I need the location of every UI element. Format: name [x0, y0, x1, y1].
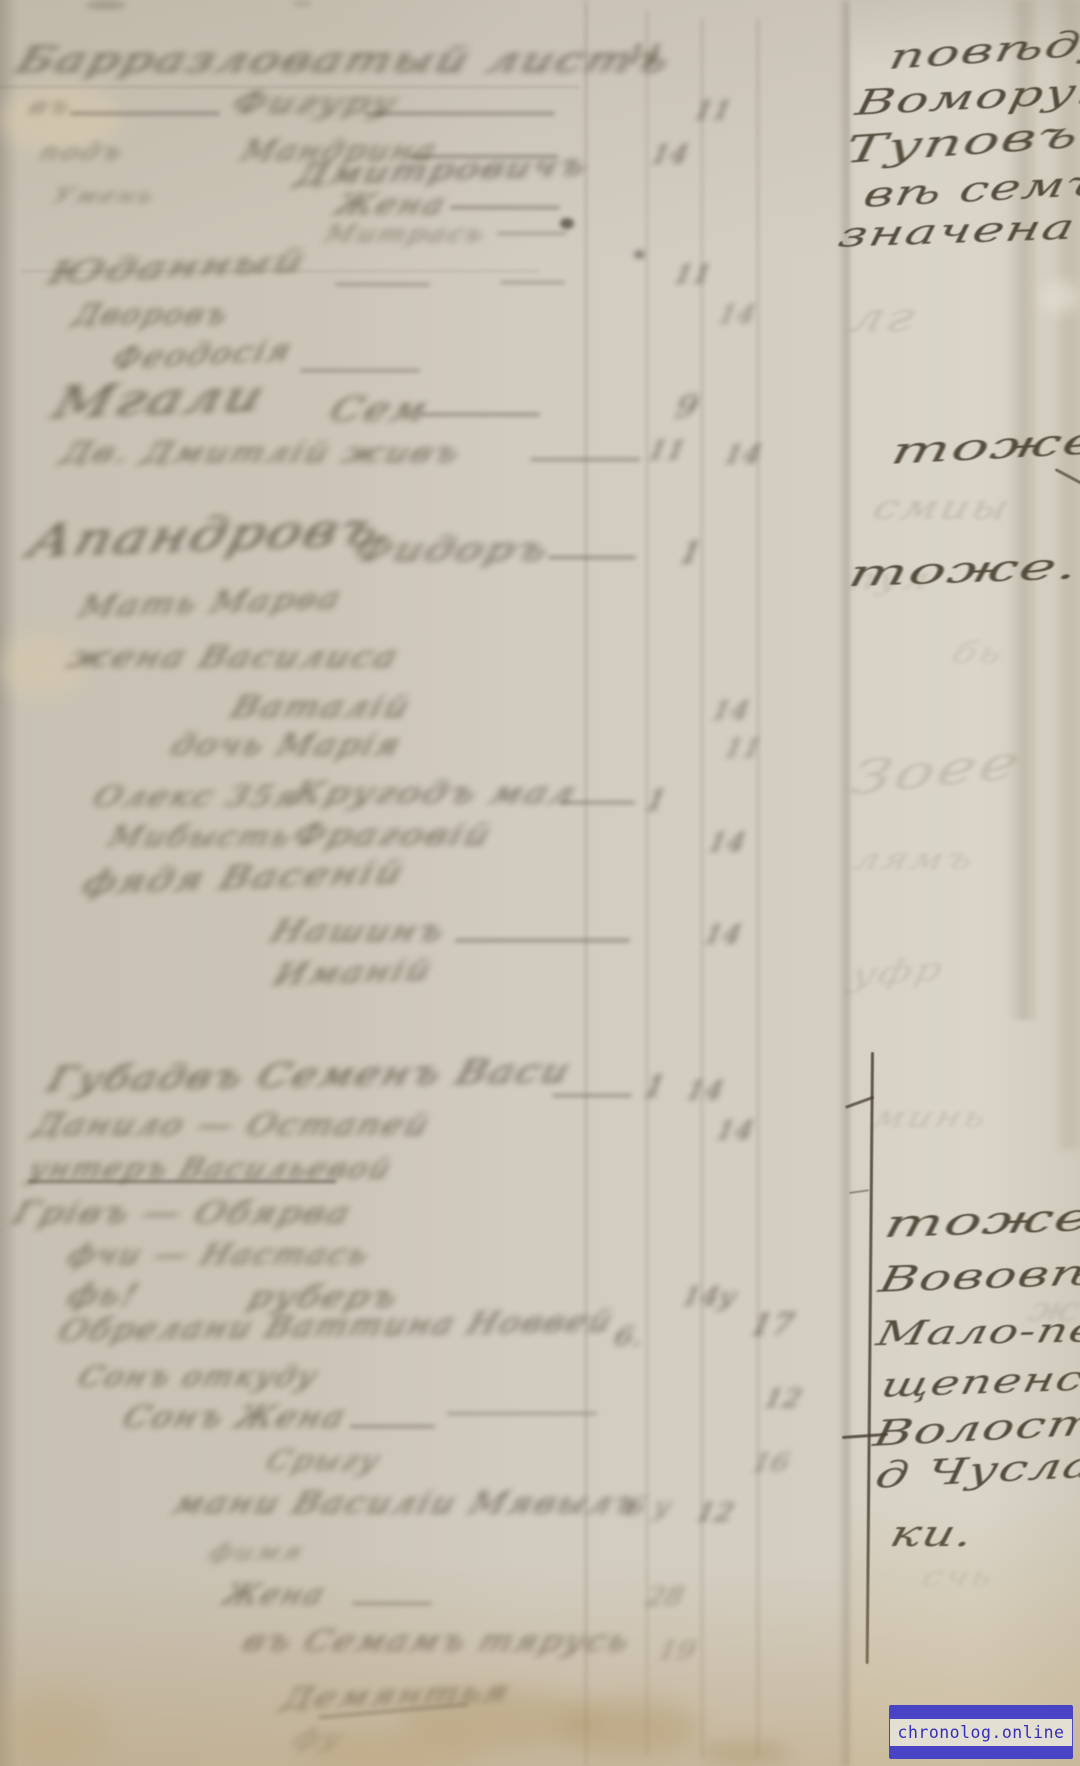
watermark-text: chronolog.online — [898, 1723, 1065, 1742]
figure-entry: 14 — [714, 1116, 757, 1146]
figure-entry: 14 — [649, 140, 692, 170]
figure-entry: 11 — [722, 734, 765, 764]
bleedthrough-mark: лг — [845, 295, 923, 341]
handwriting-line: Мибысть — [104, 820, 297, 853]
handwriting-line: Иманій — [270, 953, 437, 993]
margin-note: Мало-пере — [873, 1309, 1080, 1354]
document-scan: лгсмиыпулЗоеелямъбьуфрминьсчьжБарразлова… — [0, 0, 1080, 1766]
left-edge-shadow — [0, 0, 18, 1766]
stain — [1040, 280, 1080, 314]
figure-entry: 11 — [692, 96, 735, 126]
ink-stroke — [548, 556, 636, 559]
stain — [86, 0, 126, 10]
margin-note: значена — [834, 208, 1079, 256]
handwriting-line: Фигуру — [229, 86, 403, 121]
figure-entry: 14 — [684, 1076, 727, 1106]
ink-stroke — [530, 458, 640, 461]
handwriting-line: мани Василіи Мявылъ — [169, 1486, 646, 1521]
handwriting-line: Грівъ — Обярва — [9, 1196, 357, 1231]
figure-entry: 14 — [710, 696, 753, 726]
handwriting-line: дочь Марія — [167, 728, 407, 763]
ink-stroke — [455, 939, 630, 942]
ink-stroke — [70, 112, 220, 115]
figure-entry: 12 — [694, 1498, 737, 1528]
figure-entry: 14 — [722, 440, 765, 470]
handwriting-line: Дв. Дмитлій живъ — [57, 436, 465, 469]
ink-stroke — [447, 1412, 597, 1415]
ink-stroke — [300, 369, 420, 372]
margin-note: тоже — [881, 1195, 1080, 1246]
figure-entry: 14 — [706, 828, 749, 858]
bleedthrough-mark: смиы — [869, 488, 1017, 528]
handwriting-line: Мгали — [47, 371, 272, 429]
figure-entry: 11 — [624, 40, 667, 70]
left-page-bottom-shade — [0, 1560, 850, 1766]
bleedthrough-mark: уфр — [848, 950, 949, 994]
ink-stroke — [350, 1425, 435, 1428]
handwriting-line: Фраговій — [289, 818, 497, 853]
bleedthrough-mark: лямъ — [850, 842, 979, 877]
figure-entry: 11 — [672, 260, 715, 290]
figure-entry: 16 — [750, 1448, 793, 1478]
watermark-inner-box: chronolog.online — [890, 1719, 1073, 1746]
ink-stroke — [335, 283, 430, 286]
handwriting-line: жена Василиса — [64, 640, 404, 675]
figure-entry: 11 — [646, 436, 689, 466]
handwriting-line: Фидоръ — [349, 530, 555, 570]
handwriting-line: Олекс 35я — [89, 780, 305, 813]
handwriting-line: Ваталій — [227, 690, 416, 725]
figure-entry: 17 — [748, 1308, 797, 1343]
handwriting-line: фь! — [64, 1278, 145, 1313]
stain — [292, 0, 312, 7]
handwriting-line: Умень — [50, 184, 158, 209]
handwriting-line: Сонъ Жена — [119, 1400, 351, 1435]
stain — [634, 250, 645, 259]
figure-entry: 14 — [716, 300, 759, 330]
handwriting-line: Кругодъ мал — [289, 776, 582, 811]
bleedthrough-mark: минь — [868, 1100, 993, 1135]
handwriting-line: Срыгу — [262, 1444, 386, 1477]
handwriting-line: унтеръ Васильевой — [24, 1152, 397, 1185]
handwriting-line: Сонъ откуду — [74, 1360, 323, 1393]
ink-stroke — [757, 18, 759, 1758]
handwriting-line: Митрась — [321, 220, 490, 248]
handwriting-line: Сем — [325, 390, 434, 430]
handwriting-line: фчи — Настась — [64, 1238, 374, 1271]
figure-entry: 14 — [702, 920, 745, 950]
margin-note: Вововѣ — [875, 1252, 1080, 1301]
figure-entry: 14у — [680, 1282, 739, 1312]
handwriting-line: Нашинъ — [267, 914, 451, 949]
handwriting-line: подъ — [36, 138, 128, 166]
handwriting-line: Дворовъ — [69, 298, 233, 331]
watermark-badge: chronolog.online — [889, 1705, 1073, 1759]
ink-stroke — [450, 206, 560, 209]
figure-entry: 12 — [762, 1384, 805, 1414]
stain — [560, 218, 574, 229]
ink-stroke — [552, 1094, 632, 1097]
handwriting-line: Барразловатый листъ — [12, 40, 677, 81]
margin-note: тоже. — [845, 544, 1080, 595]
ink-stroke — [500, 281, 565, 284]
bleedthrough-mark: бь — [948, 636, 1008, 671]
figure-entry: 6 у — [624, 1492, 674, 1522]
ink-stroke — [420, 413, 540, 416]
ink-stroke — [497, 232, 567, 235]
handwriting-line: Жена — [331, 188, 451, 221]
handwriting-line: Данило — Остапей — [29, 1108, 436, 1143]
